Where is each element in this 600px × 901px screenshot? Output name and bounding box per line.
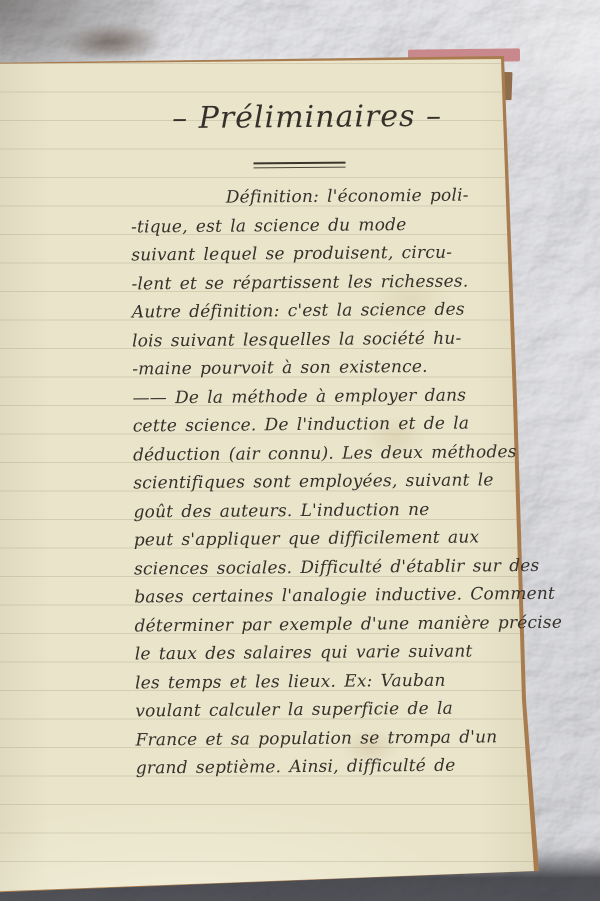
manuscript-line: Définition: l'économie poli- [131,181,523,213]
manuscript-line: -lent et se répartissent les richesses. [131,267,523,299]
manuscript-line: voulant calculer la superficie de la [135,694,527,726]
manuscript-line: déduction (air connu). Les deux méthodes [133,438,525,470]
manuscript-line: grand septième. Ainsi, difficulté de [136,751,528,783]
manuscript-line: lois suivant lesquelles la société hu- [132,324,524,356]
manuscript-line: scientifiques sont employées, suivant le [133,466,525,498]
manuscript-line: le taux des salaires qui varie suivant [135,637,527,669]
manuscript-line: sciences sociales. Difficulté d'établir … [134,552,526,584]
manuscript-title: – Préliminaires – [137,98,477,136]
manuscript-line: -tique, est la science du mode [131,210,523,242]
photo-of-manuscript: – Préliminaires – Définition: l'économie… [0,0,600,901]
manuscript-line: France et sa population se trompa d'un [135,723,527,755]
title-underline [253,162,345,169]
manuscript-line: goût des auteurs. L'induction ne [133,495,525,527]
manuscript-line: bases certaines l'analogie inductive. Co… [134,580,526,612]
manuscript-line: -maine pourvoit à son existence. [132,352,524,384]
manuscript-line: suivant lequel se produisent, circu- [131,238,523,270]
manuscript-line: déterminer par exemple d'une manière pré… [134,609,526,641]
manuscript-line: les temps et les lieux. Ex: Vauban [135,666,527,698]
manuscript-line: —— De la méthode à employer dans [132,381,524,413]
manuscript-line: peut s'appliquer que difficilement aux [134,523,526,555]
manuscript-body: Définition: l'économie poli- -tique, est… [131,181,528,783]
manuscript-line: cette science. De l'induction et de la [133,409,525,441]
manuscript-line: Autre définition: c'est la science des [132,295,524,327]
manuscript-text: – Préliminaires – Définition: l'économie… [0,0,600,901]
